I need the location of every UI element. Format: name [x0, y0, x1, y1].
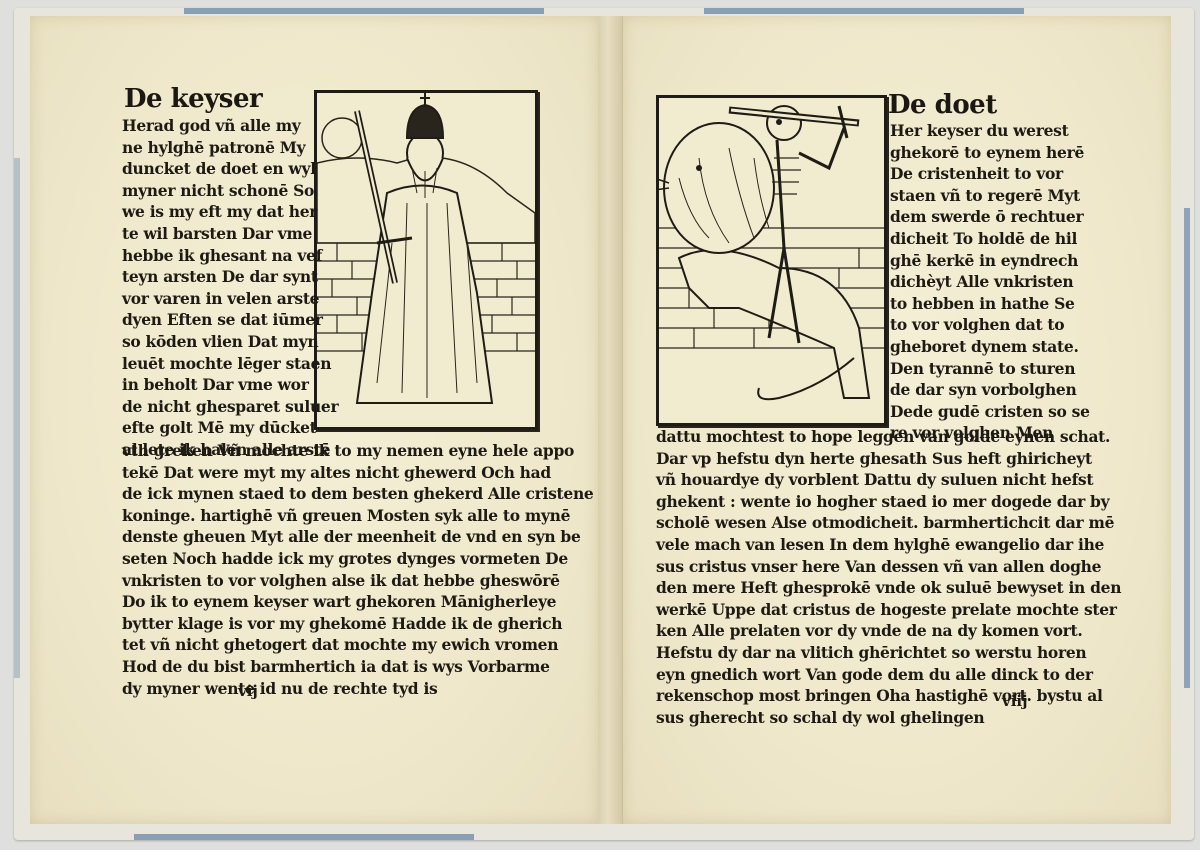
book-gutter [598, 16, 622, 824]
text-line: so kōden vlien Dat myn [122, 331, 338, 353]
text-line: dicheit To holdē de hil [890, 228, 1090, 250]
text-line: Den tyrannē to sturen [890, 358, 1090, 380]
text-line: bytter klage is vor my ghekomē Hadde ik … [122, 613, 594, 635]
text-line: scholē wesen Alse otmodicheit. barmherti… [656, 512, 1121, 534]
emperor-illustration-icon [317, 93, 535, 427]
text-line: koninge. hartighē vñ greuen Mosten syk a… [122, 505, 594, 527]
heading-text: De doet [888, 90, 997, 120]
text-line: staen vñ to regerē Myt [890, 185, 1090, 207]
right-page-column-text: Her keyser du werest ghekorē to eynem he… [890, 120, 1090, 444]
text-line: Dede gudē cristen so se [890, 401, 1090, 423]
text-line: gheboret dynem state. [890, 336, 1090, 358]
text-line: Do ik to eynem keyser wart ghekoren Māni… [122, 591, 594, 613]
text-line: dyen Eften se dat iūmer [122, 309, 338, 331]
text-line: to hebben in hathe Se [890, 293, 1090, 315]
cover-marbling [1184, 208, 1190, 688]
text-line: tekē Dat were myt my altes nicht ghewerd… [122, 462, 594, 484]
text-line: eyn gnedich wort Van gode dem du alle di… [656, 664, 1121, 686]
heading-text: De keyser [124, 84, 262, 114]
cover-marbling [14, 158, 20, 678]
text-line: vth greken Vñ mochte ik to my nemen eyne… [122, 440, 594, 462]
text-line: denste gheuen Myt alle der meenheit de v… [122, 526, 594, 548]
text-line: De cristenheit to vor [890, 163, 1090, 185]
text-line: vñ houardye dy vorblent Dattu dy suluen … [656, 469, 1121, 491]
left-page-heading: De keyser [124, 84, 262, 114]
text-line: Her keyser du werest [890, 120, 1090, 142]
text-line: tet vñ nicht ghetogert dat mochte my ewi… [122, 634, 594, 656]
text-line: vnkristen to vor volghen alse ik dat heb… [122, 570, 594, 592]
left-page-column-text: Herad god vñ alle my ne hylghē patronē M… [122, 115, 338, 461]
woodcut-death-lion [656, 95, 887, 426]
text-line: de ick mynen staed to dem besten ghekerd… [122, 483, 594, 505]
cover-marbling [704, 8, 1024, 14]
right-page-full-text: dattu mochtest to hope leggen van golde … [656, 426, 1121, 728]
text-line: duncket de doet en wyl [122, 158, 338, 180]
text-line: ghē kerkē in eyndrech [890, 250, 1090, 272]
text-line: seten Noch hadde ick my grotes dynges vo… [122, 548, 594, 570]
text-line: dem swerde ō rechtuer [890, 206, 1090, 228]
right-folio-number: viij [1002, 692, 1028, 710]
text-line: myner nicht schonē So [122, 180, 338, 202]
text-line: leuēt mochte lēger staen [122, 353, 338, 375]
text-line: ghekent : wente io hogher staed io mer d… [656, 491, 1121, 513]
text-line: Herad god vñ alle my [122, 115, 338, 137]
text-line: Hefstu dy dar na vlitich ghērichtet so w… [656, 642, 1121, 664]
text-line: ghekorē to eynem herē [890, 142, 1090, 164]
text-line: to vor volghen dat to [890, 314, 1090, 336]
text-line: we is my eft my dat her [122, 201, 338, 223]
text-line: de dar syn vorbolghen [890, 379, 1090, 401]
text-line: dy myner wente id nu de rechte tyd is [122, 678, 594, 700]
text-line: den mere Heft ghesprokē vnde ok suluē be… [656, 577, 1121, 599]
left-page-full-text: vth greken Vñ mochte ik to my nemen eyne… [122, 440, 594, 699]
text-line: Hod de du bist barmhertich ia dat is wys… [122, 656, 594, 678]
woodcut-emperor [314, 90, 538, 430]
text-line: werkē Uppe dat cristus de hogeste prelat… [656, 599, 1121, 621]
text-line: Dar vp hefstu dyn herte ghesath Sus heft… [656, 448, 1121, 470]
text-line: vele mach van lesen In dem hylghē ewange… [656, 534, 1121, 556]
death-lion-illustration-icon [659, 98, 884, 423]
text-line: te wil barsten Dar vme [122, 223, 338, 245]
text-line: efte golt Mē my dūcket [122, 417, 338, 439]
left-folio-number: vij [238, 682, 258, 700]
cover-marbling [184, 8, 544, 14]
text-line: teyn arsten De dar synt [122, 266, 338, 288]
text-line: sus cristus vnser here Van dessen vñ van… [656, 556, 1121, 578]
text-line: vor varen in velen arste [122, 288, 338, 310]
text-line: ken Alle prelaten vor dy vnde de na dy k… [656, 620, 1121, 642]
text-line: in beholt Dar vme wor [122, 374, 338, 396]
text-line: de nicht ghesparet suluer [122, 396, 338, 418]
cover-marbling [134, 834, 474, 840]
text-line: dattu mochtest to hope leggen van golde … [656, 426, 1121, 448]
text-line: sus gherecht so schal dy wol ghelingen [656, 707, 1121, 729]
text-line: dichèyt Alle vnkristen [890, 271, 1090, 293]
text-line: rekenschop most bringen Oha hastighē vor… [656, 685, 1121, 707]
right-page-heading: De doet [888, 90, 997, 120]
text-line: ne hylghē patronē My [122, 137, 338, 159]
text-line: hebbe ik ghesant na vef [122, 245, 338, 267]
